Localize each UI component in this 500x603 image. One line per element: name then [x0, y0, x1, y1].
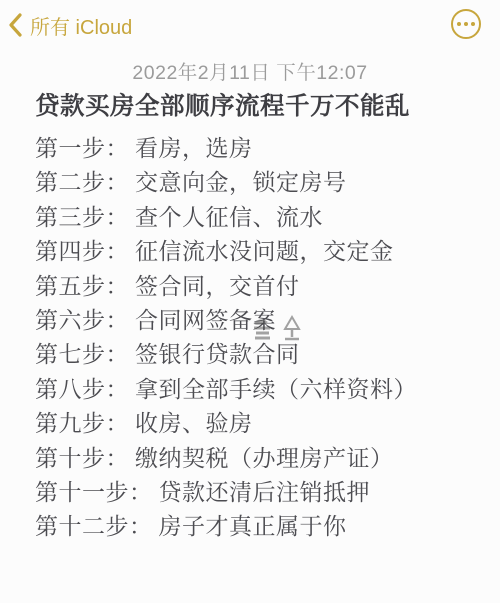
- step-text: 缴纳契税（办理房产证）: [135, 441, 394, 475]
- note-date: 2022年2月11日 下午12:07: [0, 57, 500, 85]
- step-label: 第四步：: [35, 234, 129, 268]
- step-label: 第十二步：: [35, 509, 153, 543]
- step-text: 签银行贷款合同: [135, 337, 300, 371]
- step-row-11: 第十一步：贷款还清后注销抵押: [35, 475, 482, 509]
- step-row-9: 第九步：收房、验房: [35, 406, 482, 440]
- step-text: 合同网签备案: [135, 303, 276, 337]
- step-text: 查个人征信、流水: [135, 200, 323, 234]
- step-text: 交意向金，锁定房号: [135, 165, 347, 199]
- step-label: 第九步：: [35, 406, 129, 440]
- step-row-8: 第八步：拿到全部手续（六样资料）: [35, 372, 482, 406]
- step-label: 第五步：: [35, 269, 129, 303]
- step-text: 拿到全部手续（六样资料）: [135, 372, 417, 406]
- step-row-4: 第四步：征信流水没问题，交定金: [35, 234, 482, 268]
- step-text: 征信流水没问题，交定金: [135, 234, 394, 268]
- step-row-6: 第六步：合同网签备案: [35, 303, 482, 337]
- step-label: 第三步：: [35, 200, 129, 234]
- step-label: 第十步：: [35, 441, 129, 475]
- step-label: 第七步：: [35, 337, 129, 371]
- back-button-label: 所有 iCloud: [30, 11, 132, 40]
- step-label: 第八步：: [35, 372, 129, 406]
- step-text: 房子才真正属于你: [159, 509, 347, 543]
- step-text: 看房，选房: [135, 131, 253, 165]
- step-row-5: 第五步：签合同，交首付: [35, 269, 482, 303]
- nav-bar: 所有 iCloud: [0, 0, 500, 46]
- step-label: 第十一步：: [35, 475, 153, 509]
- note-body[interactable]: 贷款买房全部顺序流程千万不能乱 第一步：看房，选房 第二步：交意向金，锁定房号 …: [35, 92, 482, 544]
- step-label: 第二步：: [35, 165, 129, 199]
- step-label: 第六步：: [35, 303, 129, 337]
- step-row-12: 第十二步：房子才真正属于你: [35, 509, 482, 543]
- step-text: 贷款还清后注销抵押: [159, 475, 371, 509]
- step-row-1: 第一步：看房，选房: [35, 131, 482, 165]
- chevron-left-icon: [8, 13, 23, 37]
- note-title: 贷款买房全部顺序流程千万不能乱: [35, 92, 482, 122]
- back-button[interactable]: 所有 iCloud: [8, 8, 132, 42]
- notes-app-screen: 所有 iCloud 2022年2月11日 下午12:07 贷款买房全部顺序流程千…: [0, 0, 500, 603]
- step-text: 签合同，交首付: [135, 269, 300, 303]
- step-text: 收房、验房: [135, 406, 253, 440]
- step-row-10: 第十步：缴纳契税（办理房产证）: [35, 441, 482, 475]
- ellipsis-circle-icon: [457, 22, 461, 26]
- step-label: 第一步：: [35, 131, 129, 165]
- step-row-7: 第七步：签银行贷款合同: [35, 337, 482, 371]
- more-button[interactable]: [451, 9, 481, 39]
- step-row-2: 第二步：交意向金，锁定房号: [35, 165, 482, 199]
- step-row-3: 第三步：查个人征信、流水: [35, 200, 482, 234]
